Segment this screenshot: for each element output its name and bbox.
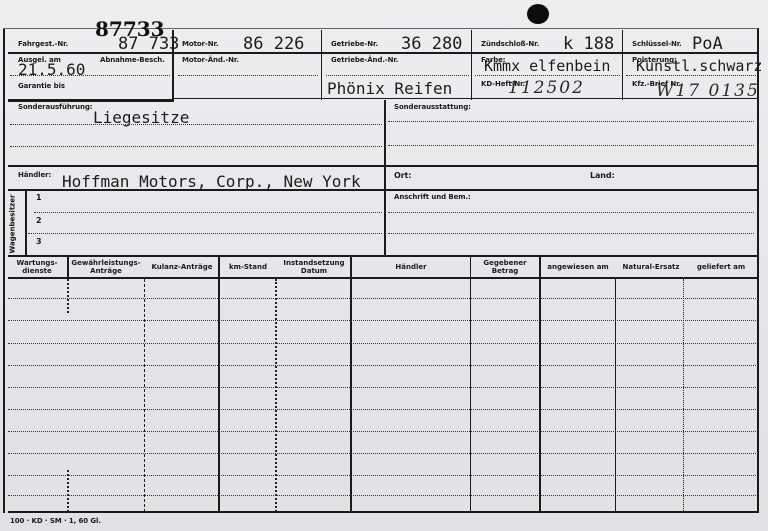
col-header-kulanz: Kulanz-Anträge <box>146 263 218 271</box>
schluessel-value: PoA <box>692 34 723 54</box>
dotted-line <box>10 146 382 147</box>
wagenbesitzer-divider <box>25 190 27 256</box>
owner-row-1: 1 <box>36 193 41 202</box>
col-header-natural-ersatz: Natural-Ersatz <box>616 263 686 271</box>
ort-label: Ort: <box>394 171 411 180</box>
col-header-gewaehrleistung: Gewährleistungs- Anträge <box>68 259 144 275</box>
col-header-wartungsdienste: Wartungs- dienste <box>8 259 66 275</box>
getriebe-aend-value: Phönix Reifen <box>327 79 452 98</box>
haendler-label: Händler: <box>18 171 51 179</box>
sonderausfuehrung-label: Sonderausführung: <box>18 103 92 111</box>
zuendschloss-value: k 188 <box>563 34 614 54</box>
table-row-line <box>8 320 756 321</box>
getriebe-label: Getriebe-Nr. <box>331 40 378 48</box>
col-header-km-stand: km-Stand <box>220 263 276 271</box>
table-row-line <box>8 475 756 476</box>
row2-bottom-line <box>174 98 758 99</box>
col-divider <box>67 470 69 512</box>
table-row-line <box>8 365 756 366</box>
sonder-bottom-line <box>8 165 758 167</box>
dotted-line <box>626 75 756 76</box>
owner-bottom-line <box>8 255 758 257</box>
row1-bottom-line <box>8 52 758 54</box>
dotted-line <box>326 75 469 76</box>
owner-row-2: 2 <box>36 216 41 225</box>
divider <box>622 30 623 100</box>
table-row-line <box>8 495 756 496</box>
dotted-line <box>28 233 382 234</box>
center-divider <box>384 100 386 257</box>
col-divider <box>683 279 684 513</box>
fahrgest-value: 87 733 <box>118 34 179 54</box>
divider <box>172 30 174 100</box>
polsterung-value: Kunstl.schwarz <box>636 57 762 75</box>
col-header-haendler: Händler <box>352 263 470 271</box>
dotted-line <box>10 75 170 76</box>
table-row-line <box>8 453 756 454</box>
motor-aend-label: Motor-Änd.-Nr. <box>182 56 239 64</box>
punch-hole <box>527 4 549 24</box>
farbe-value: Kmmx elfenbein <box>484 57 610 75</box>
dotted-line <box>10 124 382 125</box>
table-row-line <box>8 409 756 410</box>
divider <box>321 30 322 100</box>
vehicle-record-card: 87733 Fahrgest.-Nr. 87 733 Motor-Nr. 86 … <box>0 0 768 531</box>
col-header-betrag: Gegebener Betrag <box>472 259 538 275</box>
anschrift-label: Anschrift und Bem.: <box>394 193 471 201</box>
table-row-line <box>8 298 756 299</box>
dotted-line <box>388 212 754 213</box>
motor-label: Motor-Nr. <box>182 40 218 48</box>
sonderausstattung-label: Sonderausstattung: <box>394 103 471 111</box>
zuendschloss-label: Zündschloß-Nr. <box>481 40 539 48</box>
dotted-line <box>388 121 754 122</box>
motor-value: 86 226 <box>243 34 304 54</box>
table-row-line <box>8 343 756 344</box>
garantie-label: Garantie bis <box>18 82 65 90</box>
dotted-line <box>178 75 318 76</box>
abnahme-label: Abnahme-Besch. <box>100 56 165 64</box>
ausgel-value: 21.5.60 <box>18 60 85 79</box>
col-divider <box>67 279 69 313</box>
col-header-instandsetzung: Instandsetzung Datum <box>278 259 350 275</box>
haendler-bottom-line <box>8 189 758 191</box>
dotted-line <box>475 75 620 76</box>
dotted-line <box>388 145 754 146</box>
getriebe-value: 36 280 <box>401 34 462 54</box>
col-header-geliefert: geliefert am <box>686 263 756 271</box>
kd-heft-value: 112502 <box>508 78 585 98</box>
footer-print-code: 100 · KD · SM · 1, 60 Gl. <box>10 517 101 525</box>
schluessel-label: Schlüssel-Nr. <box>632 40 682 48</box>
left-border <box>3 28 5 513</box>
col-divider <box>144 279 145 512</box>
table-bottom-line <box>8 511 758 513</box>
table-row-line <box>8 387 756 388</box>
dotted-line <box>388 233 754 234</box>
col-divider <box>67 257 69 277</box>
dotted-line <box>34 212 382 213</box>
owner-row-3: 3 <box>36 237 41 246</box>
land-label: Land: <box>590 171 615 180</box>
row2-left-heavy-line <box>8 99 174 102</box>
divider <box>471 30 472 100</box>
col-divider <box>615 279 616 513</box>
col-header-angewiesen: angewiesen am <box>540 263 616 271</box>
col-divider <box>275 279 277 512</box>
table-header-line <box>8 277 758 279</box>
fahrgest-label: Fahrgest.-Nr. <box>18 40 68 48</box>
wagenbesitzer-label: Wagenbesitzer <box>6 196 18 252</box>
getriebe-aend-label: Getriebe-Änd.-Nr. <box>331 56 398 64</box>
table-row-line <box>8 431 756 432</box>
